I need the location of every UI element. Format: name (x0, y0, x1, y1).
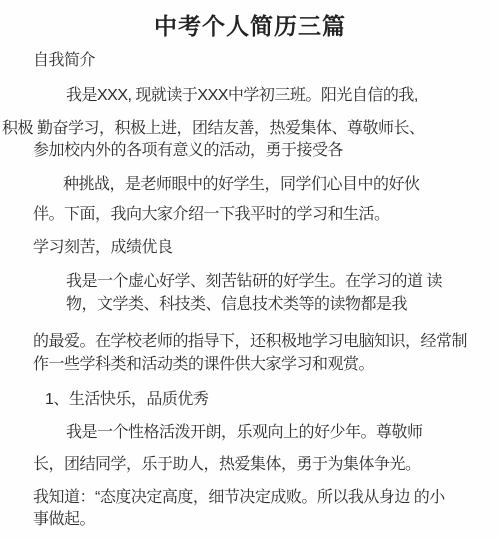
line-quote-2: 事做起。 (33, 511, 95, 529)
line-intro-4: 种挑战，是老师眼中的好学生，同学们心目中的好伙 (63, 176, 420, 194)
line-study-1: 我是一个虚心好学、刻苦钻研的好学生。在学习的道 读 (66, 273, 442, 291)
line-intro-2: 积极 勤奋学习，积极上进，团结友善，热爱集体、尊敬师长、 (2, 120, 424, 138)
line-study-4: 作一些学科类和活动类的课件供大家学习和观赏。 (33, 356, 374, 374)
line-quote-1: 我知道：“态度决定高度，细节决定成败。所以我从身边 的小 (33, 489, 445, 507)
list-item-life-quality: 1、生活快乐，品质优秀 (45, 391, 208, 409)
line-intro-1: 我是XXX, 现就读于XXX中学初三班。阳光自信的我, (66, 87, 418, 105)
line-life-2: 长，团结同学，乐于助人，热爱集体，勇于为集体争光。 (33, 456, 421, 474)
heading-study: 学习刻苦，成绩优良 (33, 239, 173, 257)
line-study-2: 物，文学类、科技类、信息技术类等的读物都是我 (66, 296, 407, 314)
doc-title: 中考个人简历三篇 (0, 8, 500, 41)
line-study-3: 的最爱。在学校老师的指导下，还积极地学习电脑知识，经常制 (33, 333, 467, 351)
line-life-1: 我是一个性格活泼开朗，乐观向上的好少年。尊敬师 (66, 424, 423, 442)
line-intro-3: 参加校内外的各项有意义的活动，勇于接受各 (33, 142, 343, 160)
document-page: 中考个人简历三篇 自我简介 我是XXX, 现就读于XXX中学初三班。阳光自信的我… (0, 0, 500, 539)
line-intro-5: 伴。下面，我向大家介绍一下我平时的学习和生活。 (33, 206, 390, 224)
heading-self-intro: 自我简介 (33, 52, 95, 70)
